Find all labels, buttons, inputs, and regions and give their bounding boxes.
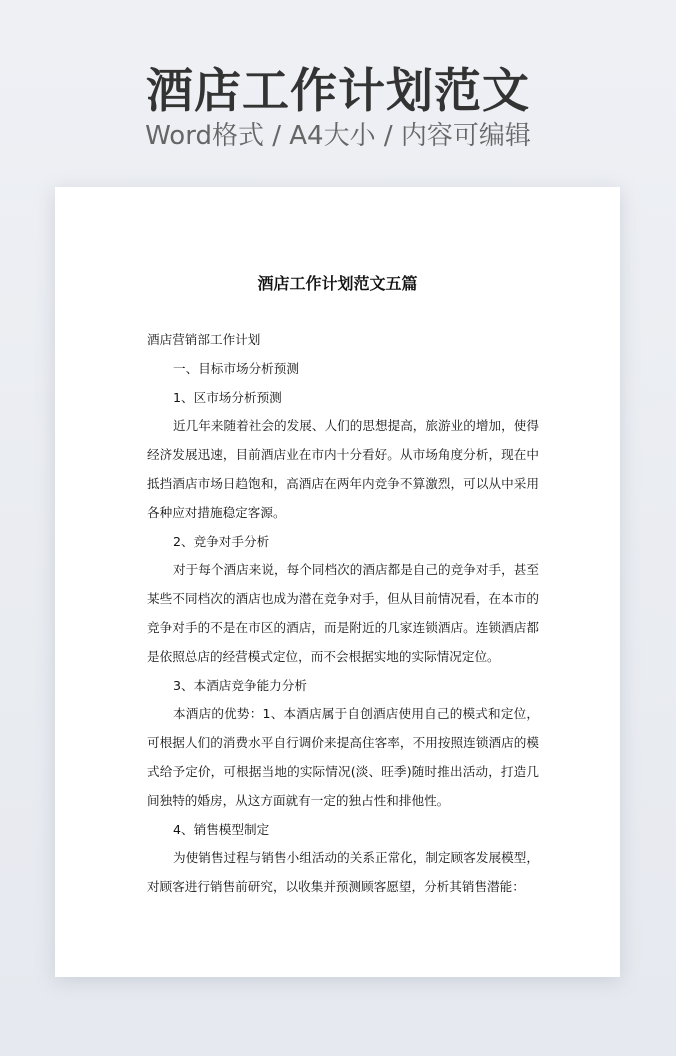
subsection-heading: 1、区市场分析预测 [147, 384, 539, 413]
subsection-heading: 一、目标市场分析预测 [147, 355, 539, 384]
subsection-heading: 3、本酒店竞争能力分析 [147, 672, 539, 701]
document-body: 酒店营销部工作计划 一、目标市场分析预测 1、区市场分析预测 近几年来随着社会的… [147, 326, 539, 902]
section-heading: 酒店营销部工作计划 [147, 326, 539, 355]
hero-title: 酒店工作计划范文 [0, 62, 676, 122]
subsection-heading: 2、竞争对手分析 [147, 528, 539, 557]
body-paragraph: 本酒店的优势：1、本酒店属于自创酒店使用自己的模式和定位，可根据人们的消费水平自… [147, 700, 539, 815]
body-paragraph: 为使销售过程与销售小组活动的关系正常化，制定顾客发展模型，对顾客进行销售前研究，… [147, 844, 539, 902]
body-paragraph: 近几年来随着社会的发展、人们的思想提高，旅游业的增加，使得经济发展迅速，目前酒店… [147, 412, 539, 527]
document-page: 酒店工作计划范文五篇 酒店营销部工作计划 一、目标市场分析预测 1、区市场分析预… [55, 187, 620, 977]
subsection-heading: 4、销售模型制定 [147, 816, 539, 845]
document-title: 酒店工作计划范文五篇 [55, 271, 620, 294]
body-paragraph: 对于每个酒店来说，每个同档次的酒店都是自己的竞争对手，甚至某些不同档次的酒店也成… [147, 556, 539, 671]
hero-subtitle: Word格式 / A4大小 / 内容可编辑 [0, 118, 676, 154]
